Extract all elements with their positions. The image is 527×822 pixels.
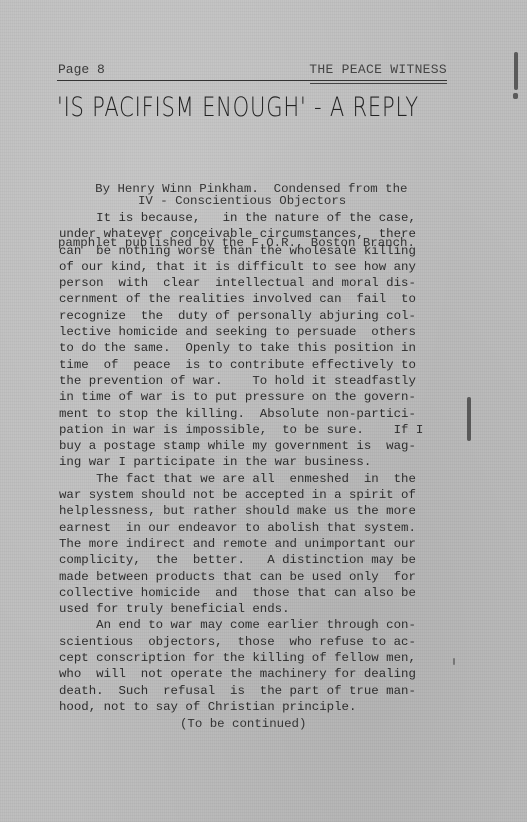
binding-mark-lower: [453, 658, 455, 665]
body-line: in time of war is to put pressure on the…: [59, 389, 459, 405]
body-line: ing war I participate in the war busines…: [59, 454, 459, 470]
body-line: under whatever conceivable circumstances…: [59, 226, 459, 242]
article-title: 'IS PACIFISM ENOUGH' - A REPLY: [57, 92, 419, 123]
body-line: cernment of the realities involved can f…: [59, 291, 459, 307]
body-line: to do the same. Openly to take this posi…: [59, 340, 459, 356]
continued-note: (To be continued): [180, 717, 306, 731]
body-line: time of peace is to contribute effective…: [59, 357, 459, 373]
body-line: the prevention of war. To hold it steadf…: [59, 373, 459, 389]
body-line: ment to stop the killing. Absolute non-p…: [59, 406, 459, 422]
body-line: earnest in our endeavor to abolish that …: [59, 520, 459, 536]
body-line: helplessness, but rather should make us …: [59, 503, 459, 519]
body-line: used for truly beneficial ends.: [59, 601, 459, 617]
body-line: war system should not be accepted in a s…: [59, 487, 459, 503]
section-heading: IV - Conscientious Objectors: [138, 194, 346, 208]
scanned-document-page: Page 8 THE PEACE WITNESS 'IS PACIFISM EN…: [0, 0, 527, 822]
body-line: The more indirect and remote and unimpor…: [59, 536, 459, 552]
publication-name: THE PEACE WITNESS: [309, 62, 447, 77]
body-line: pation in war is impossible, to be sure.…: [59, 422, 459, 438]
body-line: death. Such refusal is the part of true …: [59, 683, 459, 699]
body-line: It is because, in the nature of the case…: [59, 210, 459, 226]
body-line: can be nothing worse than the wholesale …: [59, 243, 459, 259]
body-line: An end to war may come earlier through c…: [59, 617, 459, 633]
body-line: of our kind, that it is difficult to see…: [59, 259, 459, 275]
body-line: cept conscription for the killing of fel…: [59, 650, 459, 666]
body-line: made between products that can be used o…: [59, 569, 459, 585]
binding-mark-top: [514, 52, 518, 90]
binding-mark-top-dot: [513, 93, 518, 99]
page-number: Page 8: [58, 62, 105, 77]
body-line: hood, not to say of Christian principle.: [59, 699, 459, 715]
body-line: scientious objectors, those who refuse t…: [59, 634, 459, 650]
body-line: who will not operate the machinery for d…: [59, 666, 459, 682]
body-line: lective homicide and seeking to persuade…: [59, 324, 459, 340]
binding-mark-middle: [467, 397, 471, 441]
page-header: Page 8 THE PEACE WITNESS: [57, 60, 447, 81]
body-line: complicity, the better. A distinction ma…: [59, 552, 459, 568]
body-line: collective homicide and those that can a…: [59, 585, 459, 601]
header-underline: [310, 83, 447, 84]
body-line: person with clear intellectual and moral…: [59, 275, 459, 291]
body-line: buy a postage stamp while my government …: [59, 438, 459, 454]
article-body: It is because, in the nature of the case…: [59, 210, 459, 715]
body-line: recognize the duty of personally abjurin…: [59, 308, 459, 324]
body-line: The fact that we are all enmeshed in the: [59, 471, 459, 487]
